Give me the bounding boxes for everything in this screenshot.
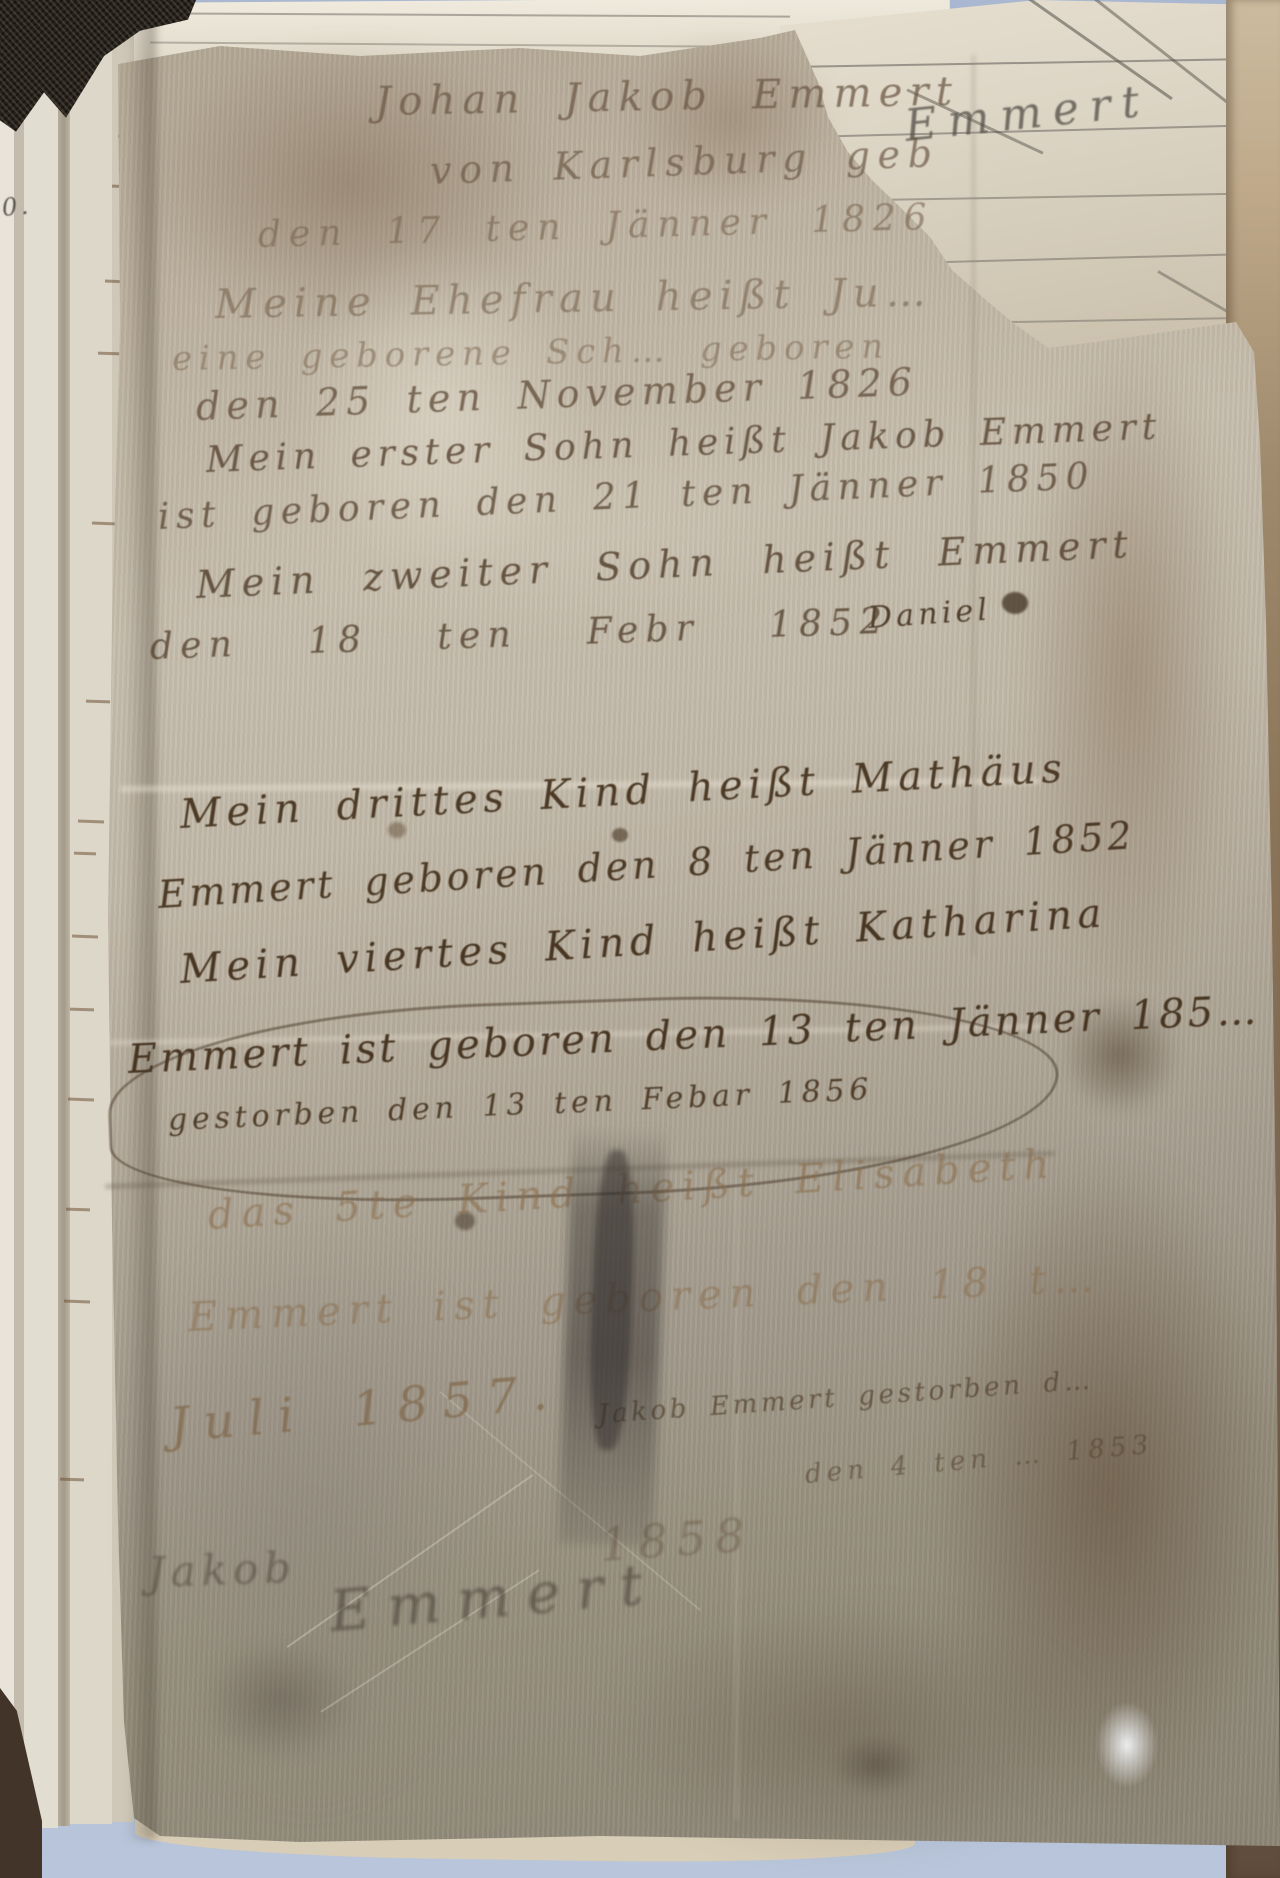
gutter-crease — [14, 0, 24, 1830]
ink-spot — [1002, 592, 1028, 614]
page-edge — [24, 0, 58, 1828]
ink-spot — [612, 828, 628, 842]
handwriting-signature: Jakob — [147, 1547, 297, 1594]
handwriting-line: Meine Ehefrau heißt Ju… — [215, 272, 934, 325]
page-edge — [70, 0, 112, 1824]
photograph-of-manuscript: Emmert 0. — [0, 0, 1280, 1878]
vertical-fold — [972, 55, 975, 955]
stain — [600, 1600, 1100, 1860]
page-number-fragment: 0. — [1, 193, 33, 219]
handwriting-line-title: Johan Jakob Emmert — [375, 72, 960, 122]
gutter-crease — [58, 0, 70, 1826]
white-paint-patch — [1096, 1702, 1158, 1788]
stain — [832, 1735, 922, 1795]
page-edge — [0, 0, 14, 1830]
